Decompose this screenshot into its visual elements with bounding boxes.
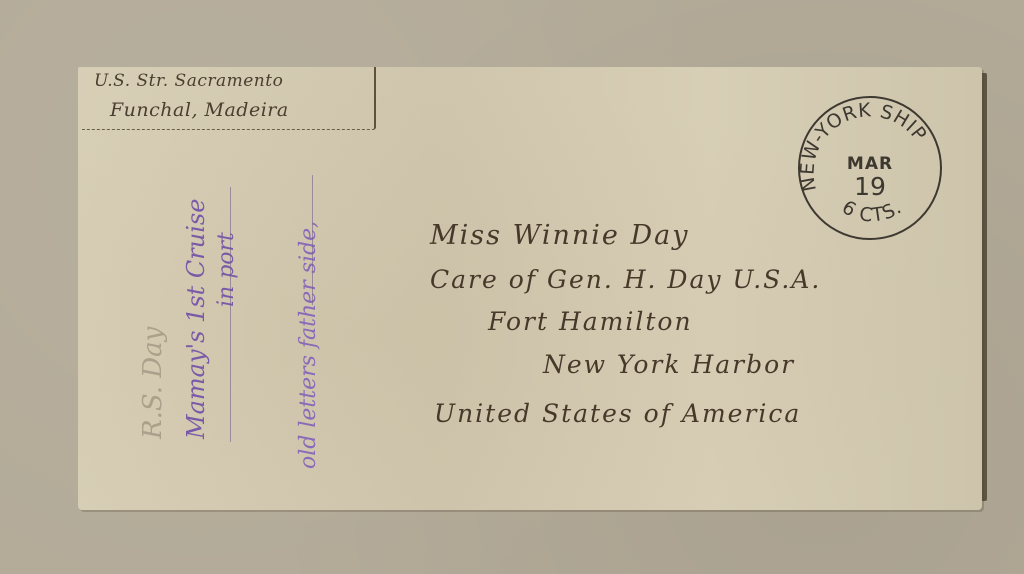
purple-annotation-old-letters: old letters father side,	[296, 221, 321, 469]
purple-annotation-in-port: in port	[214, 232, 239, 307]
recipient-care-of: Care of Gen. H. Day U.S.A.	[430, 265, 821, 294]
envelope: U.S. Str. Sacramento Funchal, Madeira NE…	[78, 67, 982, 510]
underline-father-side	[312, 175, 313, 305]
recipient-country: United States of America	[434, 399, 801, 428]
recipient-city: New York Harbor	[543, 350, 795, 379]
recipient-location: Fort Hamilton	[488, 307, 693, 336]
postmark-stamp: NEW-YORK SHIP 6 CTS. MAR 19	[796, 94, 944, 242]
pencil-annotation: R.S. Day	[138, 327, 168, 439]
recipient-name: Miss Winnie Day	[430, 220, 689, 251]
return-address-box: U.S. Str. Sacramento Funchal, Madeira	[82, 67, 376, 130]
purple-annotation-cruise: Mamay's 1st Cruise	[182, 199, 210, 439]
return-address-line-1: U.S. Str. Sacramento	[94, 71, 283, 91]
underline-cruise	[230, 187, 231, 442]
return-address-line-2: Funchal, Madeira	[110, 99, 289, 121]
postmark-day: 19	[796, 172, 944, 201]
postmark-month: MAR	[796, 154, 944, 174]
